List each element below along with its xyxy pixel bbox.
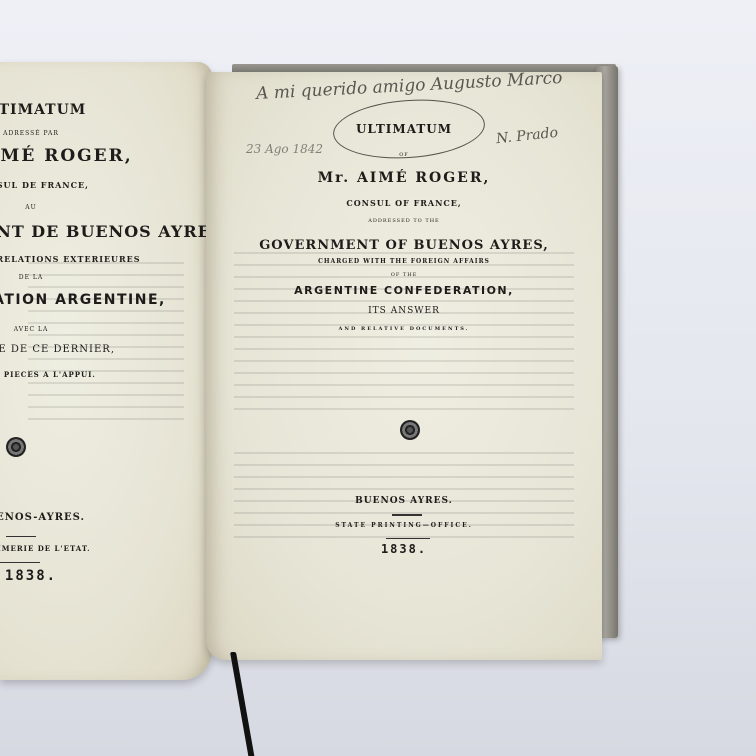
documents: AND RELATIVE DOCUMENTS. <box>206 326 602 332</box>
left-au: AU <box>0 204 212 211</box>
printer-ornament-icon <box>400 420 420 440</box>
left-government: GOUVERNEMENT DE BUENOS AYRES, <box>0 222 212 241</box>
left-page: ULTIMATUM ADRESSÉ PAR Mr. AIMÉ ROGER, CO… <box>0 62 212 680</box>
left-author: Mr. AIMÉ ROGER, <box>0 146 212 166</box>
charged: CHARGED WITH THE FOREIGN AFFAIRS <box>206 258 602 265</box>
left-avec: AVEC LA <box>0 326 212 333</box>
left-year: 1838. <box>0 568 212 584</box>
left-adresse: ADRESSÉ PAR <box>0 130 212 137</box>
role: CONSUL OF FRANCE, <box>206 198 602 208</box>
government: GOVERNMENT OF BUENOS AYRES, <box>206 238 602 253</box>
left-printer: IMPRIMERIE DE L'ETAT. <box>0 544 212 553</box>
answer: ITS ANSWER <box>206 306 602 316</box>
left-de-la: DE LA <box>0 274 212 281</box>
left-reponse: RÉPONSE DE CE DERNIER, <box>0 344 212 355</box>
divider <box>0 562 40 563</box>
left-role: CONSUL DE FRANCE, <box>0 180 212 190</box>
show-through-text <box>28 262 184 422</box>
of-the: OF THE <box>206 272 602 278</box>
divider <box>392 514 422 516</box>
confederation: ARGENTINE CONFEDERATION, <box>206 284 602 297</box>
city: BUENOS AYRES. <box>206 496 602 506</box>
photo-scene: ULTIMATUM ADRESSÉ PAR Mr. AIMÉ ROGER, CO… <box>0 0 756 756</box>
left-charged: CHARGÉ DES RELATIONS EXTERIEURES <box>0 254 212 264</box>
bookmark-ribbon <box>230 652 255 756</box>
left-city: BUENOS-AYRES. <box>0 512 212 523</box>
divider <box>386 538 430 539</box>
printer: STATE PRINTING—OFFICE. <box>206 522 602 529</box>
left-title: ULTIMATUM <box>0 102 212 118</box>
left-pieces: ET LES PIECES A L'APPUI. <box>0 370 212 379</box>
printer-ornament-icon <box>6 437 26 457</box>
divider <box>6 536 36 537</box>
author: Mr. AIMÉ ROGER, <box>206 170 602 186</box>
addressed: ADDRESSED TO THE <box>206 218 602 224</box>
left-confederation: CONFÉDÉRATION ARGENTINE, <box>0 292 212 308</box>
right-page: A mi querido amigo Augusto Marco N. Prad… <box>206 72 602 660</box>
year: 1838. <box>206 542 602 556</box>
handwritten-dedication: A mi querido amigo Augusto Marco <box>256 68 563 104</box>
